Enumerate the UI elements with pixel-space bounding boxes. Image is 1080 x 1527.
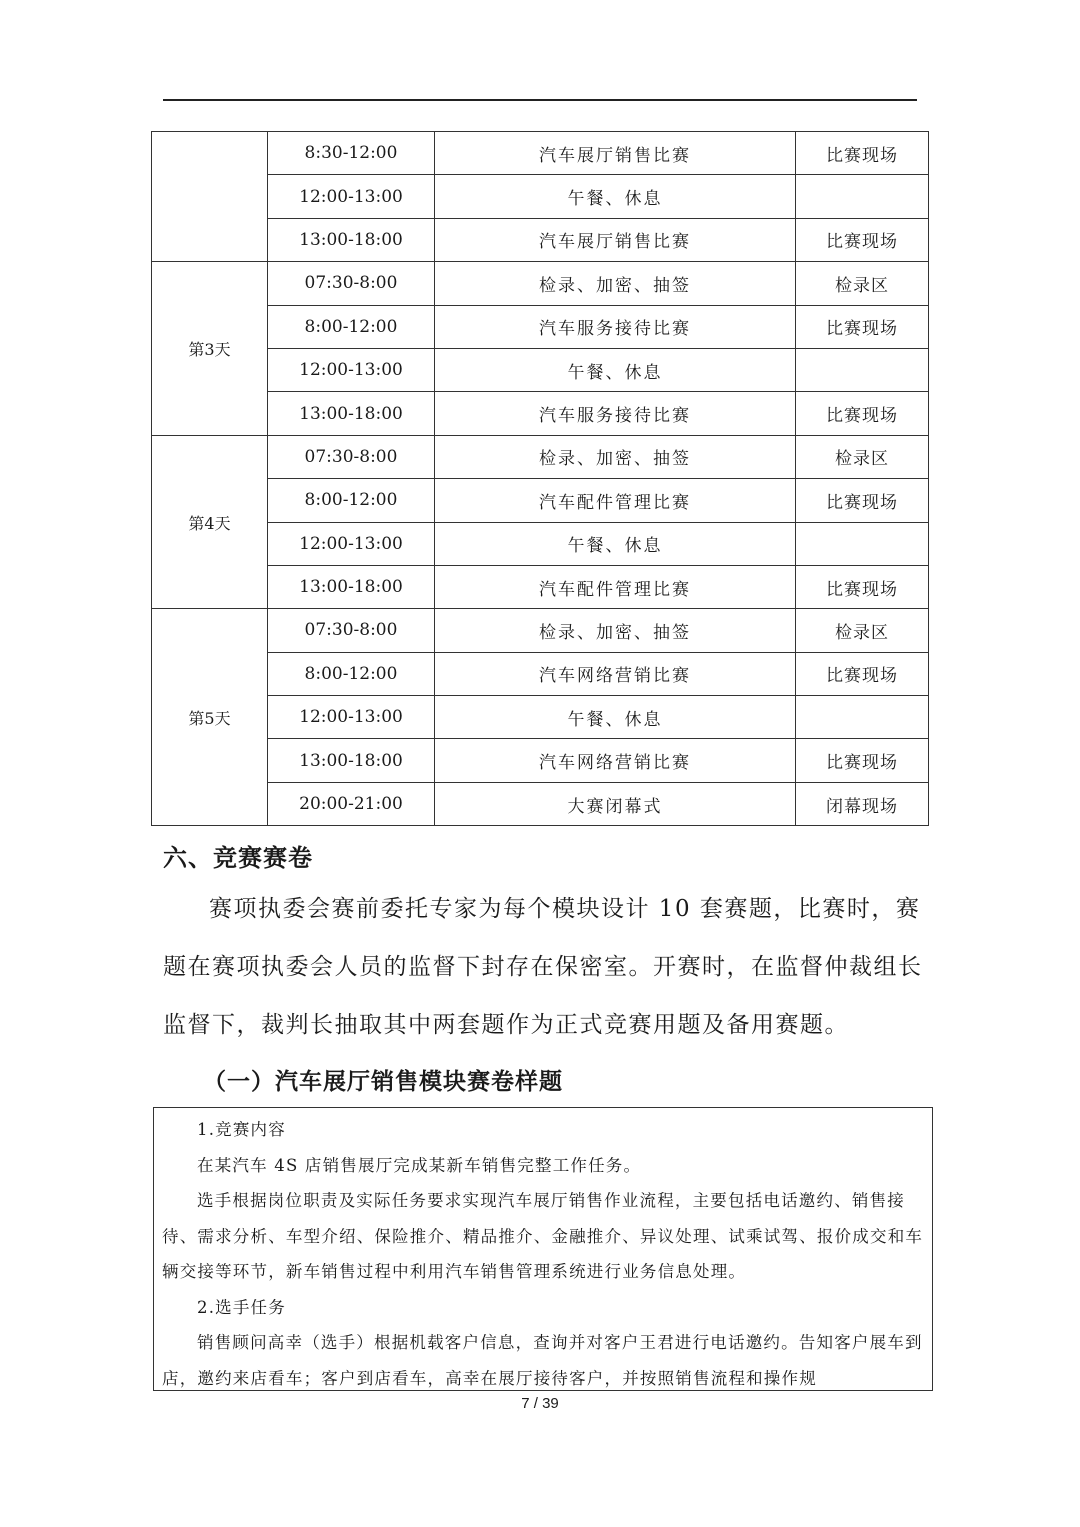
place-cell: 比赛现场 xyxy=(796,218,929,261)
item1-title: 1.竞赛内容 xyxy=(162,1112,924,1148)
time-cell: 13:00-18:00 xyxy=(268,392,435,435)
time-cell: 12:00-13:00 xyxy=(268,696,435,739)
time-cell: 12:00-13:00 xyxy=(268,175,435,218)
place-cell: 比赛现场 xyxy=(796,565,929,608)
place-cell: 比赛现场 xyxy=(796,479,929,522)
event-cell: 大赛闭幕式 xyxy=(435,782,796,825)
page-number: 7 / 39 xyxy=(0,1395,1080,1412)
time-cell: 13:00-18:00 xyxy=(268,218,435,261)
place-cell xyxy=(796,348,929,391)
table-row: 12:00-13:00 午餐、休息 xyxy=(152,522,929,565)
event-cell: 午餐、休息 xyxy=(435,522,796,565)
table-row: 8:00-12:00 汽车配件管理比赛 比赛现场 xyxy=(152,479,929,522)
table-row: 13:00-18:00 汽车网络营销比赛 比赛现场 xyxy=(152,739,929,782)
day-cell: 第3天 xyxy=(152,262,268,436)
event-cell: 汽车配件管理比赛 xyxy=(435,565,796,608)
section-paragraph: 赛项执委会赛前委托专家为每个模块设计 10 套赛题，比赛时，赛题在赛项执委会人员… xyxy=(163,880,923,1054)
event-cell: 汽车服务接待比赛 xyxy=(435,305,796,348)
place-cell: 检录区 xyxy=(796,609,929,652)
time-cell: 13:00-18:00 xyxy=(268,565,435,608)
event-cell: 午餐、休息 xyxy=(435,696,796,739)
time-cell: 8:30-12:00 xyxy=(268,132,435,175)
table-row: 第3天 07:30-8:00 检录、加密、抽签 检录区 xyxy=(152,262,929,305)
day-cell xyxy=(152,132,268,262)
time-cell: 07:30-8:00 xyxy=(268,435,435,478)
item2-paragraph-1: 销售顾问高幸（选手）根据机载客户信息，查询并对客户王君进行电话邀约。告知客户展车… xyxy=(162,1325,924,1396)
table-row: 13:00-18:00 汽车展厅销售比赛 比赛现场 xyxy=(152,218,929,261)
event-cell: 检录、加密、抽签 xyxy=(435,435,796,478)
event-cell: 检录、加密、抽签 xyxy=(435,262,796,305)
sample-question-box: 1.竞赛内容 在某汽车 4S 店销售展厅完成某新车销售完整工作任务。 选手根据岗… xyxy=(153,1107,933,1391)
event-cell: 午餐、休息 xyxy=(435,175,796,218)
time-cell: 20:00-21:00 xyxy=(268,782,435,825)
table-row: 8:00-12:00 汽车服务接待比赛 比赛现场 xyxy=(152,305,929,348)
section-heading: 六、竞赛赛卷 xyxy=(163,838,313,873)
sub-heading: （一）汽车展厅销售模块赛卷样题 xyxy=(203,1063,563,1096)
event-cell: 汽车网络营销比赛 xyxy=(435,652,796,695)
paragraph-text: 赛项执委会赛前委托专家为每个模块设计 10 套赛题，比赛时，赛题在赛项执委会人员… xyxy=(163,896,923,1038)
place-cell: 检录区 xyxy=(796,262,929,305)
table-row: 13:00-18:00 汽车配件管理比赛 比赛现场 xyxy=(152,565,929,608)
event-cell: 汽车服务接待比赛 xyxy=(435,392,796,435)
header-rule xyxy=(163,99,917,101)
table-row: 8:00-12:00 汽车网络营销比赛 比赛现场 xyxy=(152,652,929,695)
table-row: 第5天 07:30-8:00 检录、加密、抽签 检录区 xyxy=(152,609,929,652)
time-cell: 07:30-8:00 xyxy=(268,609,435,652)
time-cell: 8:00-12:00 xyxy=(268,652,435,695)
event-cell: 检录、加密、抽签 xyxy=(435,609,796,652)
item1-paragraph-1: 在某汽车 4S 店销售展厅完成某新车销售完整工作任务。 xyxy=(162,1148,924,1184)
event-cell: 汽车展厅销售比赛 xyxy=(435,132,796,175)
place-cell: 比赛现场 xyxy=(796,132,929,175)
place-cell xyxy=(796,175,929,218)
place-cell: 闭幕现场 xyxy=(796,782,929,825)
table-row: 12:00-13:00 午餐、休息 xyxy=(152,696,929,739)
event-cell: 午餐、休息 xyxy=(435,348,796,391)
place-cell xyxy=(796,696,929,739)
time-cell: 13:00-18:00 xyxy=(268,739,435,782)
event-cell: 汽车网络营销比赛 xyxy=(435,739,796,782)
schedule-table: 8:30-12:00 汽车展厅销售比赛 比赛现场 12:00-13:00 午餐、… xyxy=(151,131,929,826)
place-cell: 比赛现场 xyxy=(796,392,929,435)
table-row: 第4天 07:30-8:00 检录、加密、抽签 检录区 xyxy=(152,435,929,478)
table-row: 20:00-21:00 大赛闭幕式 闭幕现场 xyxy=(152,782,929,825)
place-cell: 比赛现场 xyxy=(796,652,929,695)
place-cell: 比赛现场 xyxy=(796,305,929,348)
item2-title: 2.选手任务 xyxy=(162,1290,924,1326)
event-cell: 汽车配件管理比赛 xyxy=(435,479,796,522)
table-row: 12:00-13:00 午餐、休息 xyxy=(152,175,929,218)
table-row: 12:00-13:00 午餐、休息 xyxy=(152,348,929,391)
table-row: 13:00-18:00 汽车服务接待比赛 比赛现场 xyxy=(152,392,929,435)
time-cell: 8:00-12:00 xyxy=(268,305,435,348)
time-cell: 8:00-12:00 xyxy=(268,479,435,522)
place-cell: 检录区 xyxy=(796,435,929,478)
time-cell: 12:00-13:00 xyxy=(268,348,435,391)
place-cell xyxy=(796,522,929,565)
day-cell: 第5天 xyxy=(152,609,268,826)
day-cell: 第4天 xyxy=(152,435,268,609)
item1-paragraph-2: 选手根据岗位职责及实际任务要求实现汽车展厅销售作业流程，主要包括电话邀约、销售接… xyxy=(162,1183,924,1290)
time-cell: 12:00-13:00 xyxy=(268,522,435,565)
table-row: 8:30-12:00 汽车展厅销售比赛 比赛现场 xyxy=(152,132,929,175)
place-cell: 比赛现场 xyxy=(796,739,929,782)
time-cell: 07:30-8:00 xyxy=(268,262,435,305)
event-cell: 汽车展厅销售比赛 xyxy=(435,218,796,261)
